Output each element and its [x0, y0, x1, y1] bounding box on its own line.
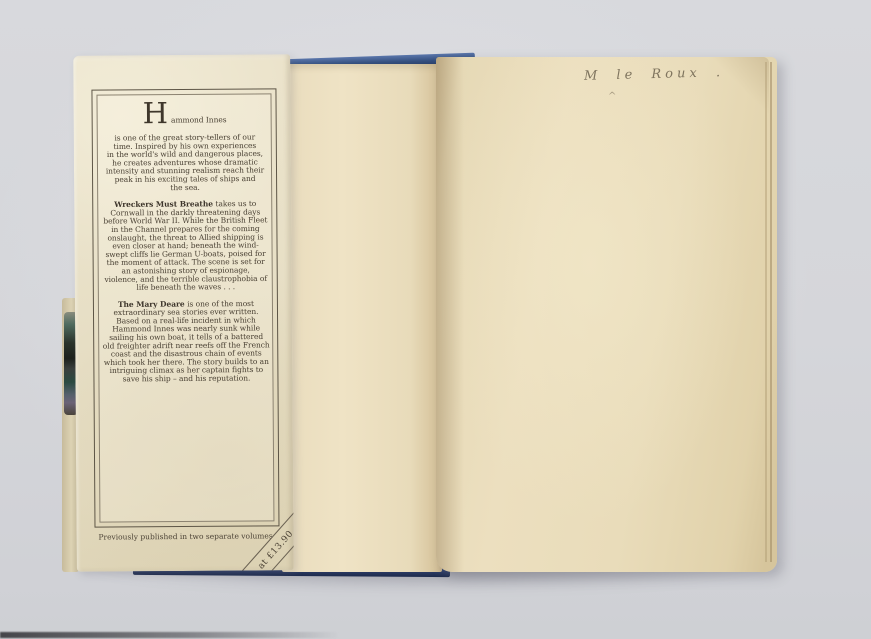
book-photo: M le Roux . ^ H ammond Innes is one of t…: [0, 0, 871, 639]
page-edge-line: [770, 62, 772, 562]
handwriting-stray-mark: ^: [608, 91, 616, 102]
author-name-dropcap-row: H ammond Innes: [96, 95, 272, 125]
dropcap-letter: H: [143, 101, 168, 125]
blurb-paragraph-wreckers: Wreckers Must Breathe takes us toCornwal…: [97, 199, 274, 291]
flap-border-frame: H ammond Innes is one of the great story…: [91, 88, 279, 527]
right-endpaper-page: M le Roux . ^: [436, 57, 777, 572]
gutter-shadow: [436, 57, 464, 572]
author-name-rest: ammond Innes: [171, 116, 227, 125]
blurb-paragraph-intro: is one of the great story-tellers of our…: [97, 133, 273, 192]
table-edge-line: [0, 632, 340, 638]
flap-caption: Previously published in two separate vol…: [86, 531, 286, 541]
blurb-paragraph-mary-deare: The Mary Deare is one of the mostextraor…: [98, 299, 275, 383]
endpaper-pastedown: [282, 64, 442, 572]
dust-jacket-flap: H ammond Innes is one of the great story…: [73, 54, 294, 572]
page-edge-line: [765, 62, 767, 562]
flap-blurb-text: H ammond Innes is one of the great story…: [96, 91, 274, 383]
